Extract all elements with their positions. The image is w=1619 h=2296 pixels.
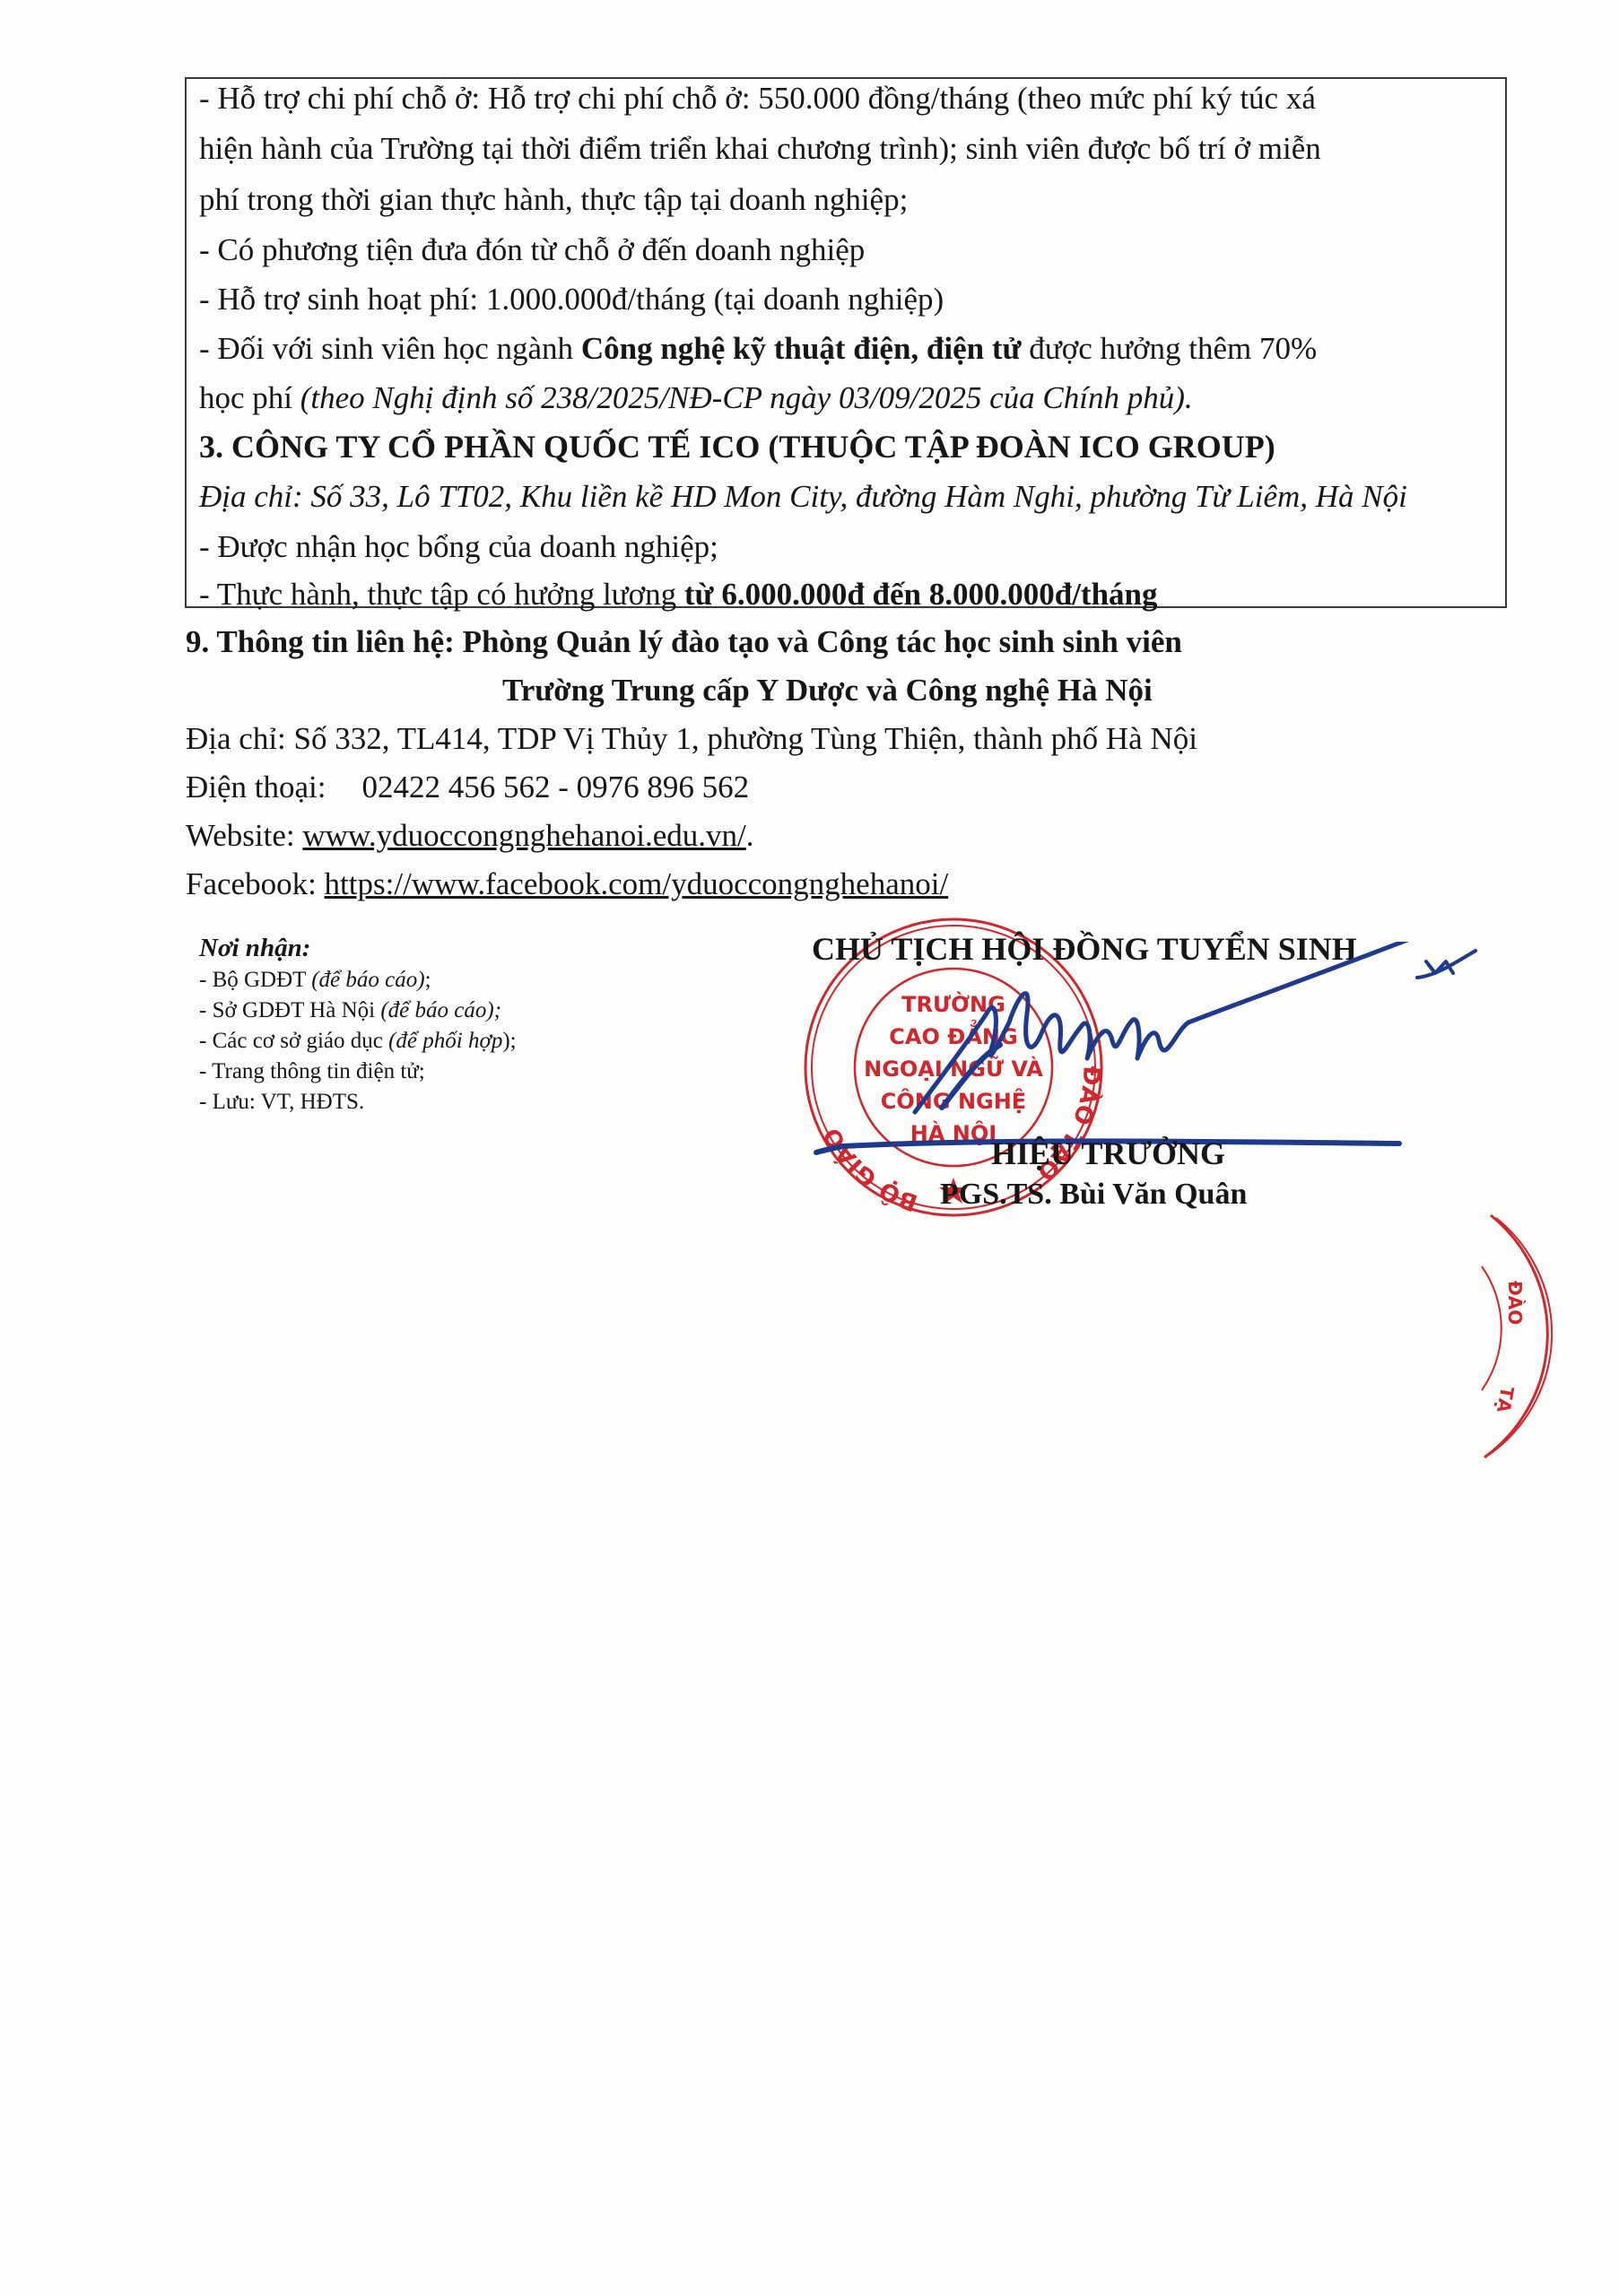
phone-line: Điện thoại:02422 456 562 - 0976 896 562 [186, 771, 749, 803]
website-line: Website: www.yduoccongnghehanoi.edu.vn/. [186, 820, 754, 851]
company-address: Địa chỉ: Số 33, Lô TT02, Khu liền kề HD … [199, 481, 1407, 512]
position-title: HIỆU TRƯỞNG [991, 1137, 1225, 1170]
company-heading: 3. CÔNG TY CỔ PHẦN QUỐC TẾ ICO (THUỘC TẬ… [199, 430, 1275, 463]
svg-text:ĐÀO: ĐÀO [1504, 1281, 1526, 1325]
electric-line: - Đối với sinh viên học ngành Công nghệ … [199, 333, 1317, 364]
website-link[interactable]: www.yduoccongnghehanoi.edu.vn/ [302, 818, 745, 853]
school-name: Trường Trung cấp Y Dược và Công nghệ Hà … [502, 674, 1153, 706]
electric-major: Công nghệ kỹ thuật điện, điện tử [581, 331, 1022, 366]
recipient-item: - Bộ GDĐT (để báo cáo); [199, 969, 431, 991]
signer-name: PGS.TS. Bùi Văn Quân [940, 1179, 1247, 1210]
recipient-item: - Lưu: VT, HĐTS. [199, 1091, 364, 1113]
decree-line: học phí (theo Nghị định số 238/2025/NĐ-C… [199, 382, 1193, 413]
partial-seal-icon: ĐÀO TẠ [1435, 1202, 1619, 1471]
recipient-item: - Trang thông tin điện tử; [199, 1060, 425, 1083]
salary-range: từ 6.000.000đ đến 8.000.000đ/tháng [684, 577, 1158, 612]
facebook-line: Facebook: https://www.facebook.com/yduoc… [186, 868, 948, 900]
box-line-4: - Có phương tiện đưa đón từ chỗ ở đến do… [199, 234, 865, 265]
svg-text:TẠ: TẠ [1493, 1385, 1519, 1414]
scholarship-line: - Được nhận học bổng của doanh nghiệp; [199, 531, 718, 562]
school-address: Địa chỉ: Số 332, TL414, TDP Vị Thủy 1, p… [186, 723, 1197, 754]
box-line-1: - Hỗ trợ chi phí chỗ ở: Hỗ trợ chi phí c… [199, 83, 1316, 114]
phone-numbers: 02422 456 562 - 0976 896 562 [362, 770, 750, 804]
box-line-2: hiện hành của Trường tại thời điểm triển… [199, 133, 1321, 164]
salary-line: - Thực hành, thực tập có hưởng lương từ … [199, 578, 1158, 610]
decree-reference: (theo Nghị định số 238/2025/NĐ-CP ngày 0… [300, 380, 1193, 415]
box-line-3: phí trong thời gian thực hành, thực tập … [199, 184, 908, 215]
contact-heading: 9. Thông tin liên hệ: Phòng Quản lý đào … [186, 626, 1182, 657]
recipients-title: Nơi nhận: [199, 935, 310, 961]
recipient-item: - Các cơ sở giáo dục (để phối hợp); [199, 1030, 517, 1052]
box-line-5: - Hỗ trợ sinh hoạt phí: 1.000.000đ/tháng… [199, 283, 944, 315]
recipient-item: - Sở GDĐT Hà Nội (để báo cáo); [199, 999, 501, 1022]
facebook-link[interactable]: https://www.facebook.com/yduoccongngheha… [325, 866, 949, 901]
